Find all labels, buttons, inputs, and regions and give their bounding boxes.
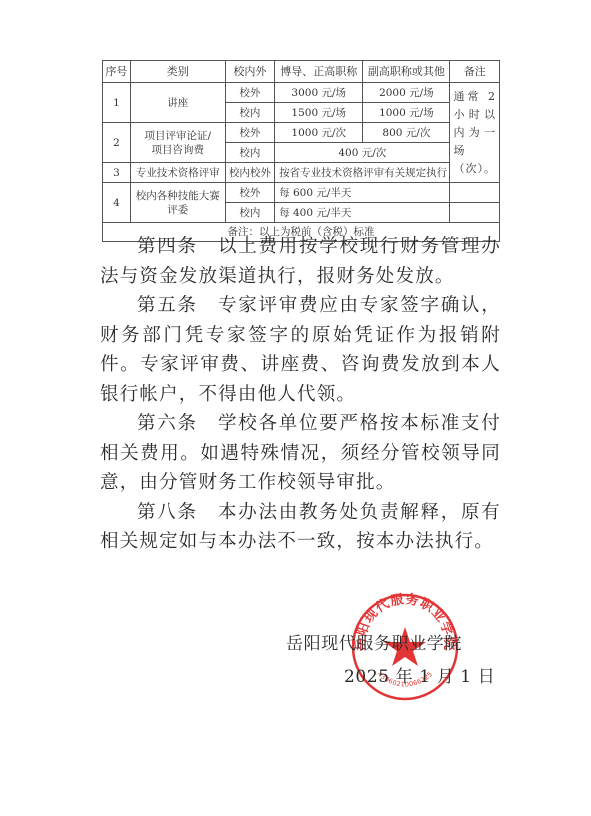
row-associate-fee: 2000 元/场 xyxy=(363,83,450,103)
table-row: 2 项目评审论证/ 项目咨询费 校外 1000 元/次 800 元/次 xyxy=(103,123,500,143)
row-scope: 校外 xyxy=(225,123,274,143)
row-merged-fee: 每 400 元/半天 xyxy=(275,203,450,223)
row-remark-empty xyxy=(450,203,500,223)
row-merged-fee: 每 600 元/半天 xyxy=(275,183,450,203)
signature-date: 2025 年 1 月 1 日 xyxy=(344,662,495,687)
row-remark-empty xyxy=(450,183,500,203)
table-row: 1 讲座 校外 3000 元/场 2000 元/场 通常 2 小时以内为一场（次… xyxy=(103,83,500,103)
row-scope: 校外 xyxy=(225,183,274,203)
row-associate-fee: 800 元/次 xyxy=(363,123,450,143)
row-category: 讲座 xyxy=(130,83,225,123)
articles-body: 第四条 以上费用按学校现行财务管理办法与资金发放渠道执行，报财务处发放。 第五条… xyxy=(100,232,501,557)
row-category: 专业技术资格评审 xyxy=(130,163,225,183)
row-senior-fee: 1500 元/场 xyxy=(275,103,363,123)
row-scope: 校内 xyxy=(225,103,274,123)
row-no: 1 xyxy=(103,83,131,123)
header-scope: 校内外 xyxy=(225,61,274,83)
header-associate-title: 副高职称或其他 xyxy=(363,61,450,83)
fee-standard-table: 序号 类别 校内外 博导、正高职称 副高职称或其他 备注 1 讲座 校外 300… xyxy=(102,60,500,242)
row-category-line1: 项目评审论证/ xyxy=(133,129,223,143)
row-scope: 校内 xyxy=(225,143,274,163)
row-no: 3 xyxy=(103,163,131,183)
header-remark: 备注 xyxy=(450,61,500,83)
header-no: 序号 xyxy=(103,61,131,83)
document-page: 序号 类别 校内外 博导、正高职称 副高职称或其他 备注 1 讲座 校外 300… xyxy=(0,0,591,816)
header-category: 类别 xyxy=(130,61,225,83)
table-header-row: 序号 类别 校内外 博导、正高职称 副高职称或其他 备注 xyxy=(103,61,500,83)
row-category: 校内各种技能大赛 评委 xyxy=(130,183,225,223)
article-6: 第六条 学校各单位要严格按本标准支付相关费用。如遇特殊情况，须经分管校领导同意，… xyxy=(100,409,501,498)
table-row: 4 校内各种技能大赛 评委 校外 每 600 元/半天 xyxy=(103,183,500,203)
article-4: 第四条 以上费用按学校现行财务管理办法与资金发放渠道执行，报财务处发放。 xyxy=(100,232,501,291)
row-associate-fee: 1000 元/场 xyxy=(363,103,450,123)
article-5: 第五条 专家评审费应由专家签字确认，财务部门凭专家签字的原始凭证作为报销附件。专… xyxy=(100,291,501,409)
row-category: 项目评审论证/ 项目咨询费 xyxy=(130,123,225,163)
row-merged-fee: 按省专业技术资格评审有关规定执行 xyxy=(275,163,450,183)
row-no: 2 xyxy=(103,123,131,163)
row-category-line2: 项目咨询费 xyxy=(133,143,223,157)
row-no: 4 xyxy=(103,183,131,223)
row-scope: 校内校外 xyxy=(225,163,274,183)
header-senior-title: 博导、正高职称 xyxy=(275,61,363,83)
row-scope: 校外 xyxy=(225,83,274,103)
row-senior-fee: 3000 元/场 xyxy=(275,83,363,103)
row-scope: 校内 xyxy=(225,203,274,223)
row-category-line2: 评委 xyxy=(133,203,223,217)
signature-organization: 岳阳现代服务职业学院 xyxy=(286,629,462,654)
row-senior-fee: 1000 元/次 xyxy=(275,123,363,143)
article-8: 第八条 本办法由教务处负责解释，原有相关规定如与本办法不一致，按本办法执行。 xyxy=(100,498,501,557)
row-remark: 通常 2 小时以内为一场（次）。 xyxy=(450,83,500,183)
row-merged-fee: 400 元/次 xyxy=(275,143,450,163)
table-row: 3 专业技术资格评审 校内校外 按省专业技术资格评审有关规定执行 xyxy=(103,163,500,183)
row-category-line1: 校内各种技能大赛 xyxy=(133,189,223,203)
